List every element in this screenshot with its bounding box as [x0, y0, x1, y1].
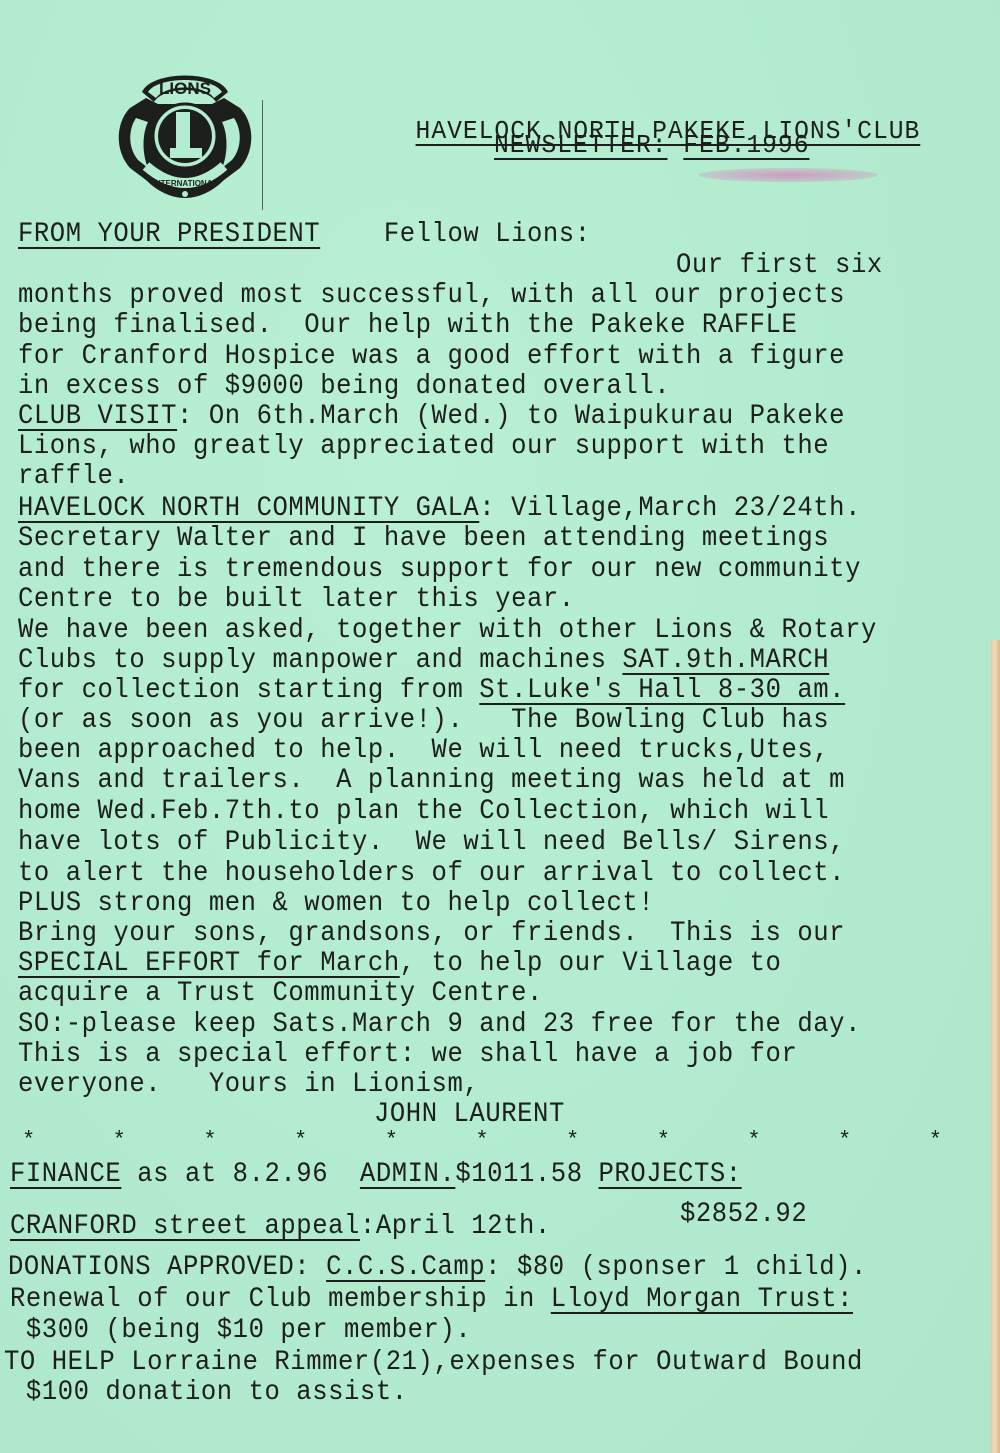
divider-star: * [657, 1128, 670, 1153]
paragraph-line: We have been asked, together with other … [18, 616, 877, 646]
paragraph-line: been approached to help. We will need tr… [18, 736, 829, 766]
camp-label: C.C.S.Camp [326, 1252, 485, 1283]
svg-text:LIONS: LIONS [159, 79, 211, 98]
paragraph-line: and there is tremendous support for our … [18, 555, 861, 585]
paragraph-line: Bring your sons, grandsons, or friends. … [18, 919, 845, 949]
paper-edge [991, 640, 1000, 1453]
lions-logo-icon: LIONS INTERNATIONAL [112, 64, 258, 198]
paragraph-line: to alert the householders of our arrival… [18, 859, 845, 889]
divider-star: * [294, 1128, 307, 1153]
camp-text: : $80 (sponser 1 child). [485, 1252, 867, 1283]
paragraph-line: have lots of Publicity. We will need Bel… [18, 828, 845, 858]
paragraph-line: acquire a Trust Community Centre. [18, 979, 543, 1009]
newsletter-title: NEWSLETTER: FEB.1996 [494, 130, 809, 160]
divider-star: * [747, 1128, 760, 1153]
divider-star: * [113, 1128, 126, 1153]
divider-star: * [475, 1128, 488, 1153]
paragraph-line: (or as soon as you arrive!). The Bowling… [18, 706, 829, 736]
paragraph-line: raffle. [18, 462, 129, 492]
cranford-label: CRANFORD street appeal [10, 1211, 360, 1242]
line-text: Clubs to supply manpower and machines [18, 645, 622, 676]
newsletter-date: FEB.1996 [683, 130, 809, 160]
help-line: TO HELP Lorraine Rimmer(21),expenses for… [4, 1348, 863, 1378]
cranford-date: :April 12th. [360, 1211, 551, 1242]
admin-value: $1011.58 [455, 1159, 598, 1190]
paragraph-line: in excess of $9000 being donated overall… [18, 372, 670, 402]
margin-line [262, 100, 263, 210]
projects-value: $2852.92 [680, 1200, 807, 1230]
finance-row: FINANCE as at 8.2.96 ADMIN.$1011.58 PROJ… [10, 1160, 742, 1190]
renewal-row: Renewal of our Club membership in Lloyd … [10, 1285, 853, 1315]
divider-star: * [203, 1128, 216, 1153]
special-effort-row: SPECIAL EFFORT for March, to help our Vi… [18, 949, 781, 979]
paragraph-line: Centre to be built later this year. [18, 585, 575, 615]
finance-date: as at 8.2.96 [121, 1159, 360, 1190]
club-visit-text: : On 6th.March (Wed.) to Waipukurau Pake… [177, 401, 845, 432]
club-visit-row: CLUB VISIT: On 6th.March (Wed.) to Waipu… [18, 402, 845, 432]
paragraph-line: everyone. Yours in Lionism, [18, 1070, 479, 1100]
paragraph-line: Vans and trailers. A planning meeting wa… [18, 766, 845, 796]
paragraph-line: Our first six [676, 251, 883, 281]
divider-star: * [22, 1128, 35, 1153]
divider-star: * [385, 1128, 398, 1153]
paragraph-line: This is a special effort: we shall have … [18, 1040, 797, 1070]
paragraph-line: Secretary Walter and I have been attendi… [18, 524, 829, 554]
projects-label: PROJECTS: [599, 1159, 742, 1190]
ink-stamp-smudge [698, 168, 878, 182]
paragraph-line: PLUS strong men & women to help collect! [18, 889, 654, 919]
section-heading-president: FROM YOUR PRESIDENT [18, 219, 320, 250]
signature: JOHN LAURENT [374, 1100, 565, 1130]
svg-text:INTERNATIONAL: INTERNATIONAL [153, 179, 218, 188]
finance-label: FINANCE [10, 1159, 121, 1190]
collection-date: SAT.9th.MARCH [622, 645, 829, 676]
gala-text: : Village,March 23/24th. [479, 493, 861, 524]
renewal-amount: $300 (being $10 per member). [10, 1316, 471, 1346]
trust-name: Lloyd Morgan Trust: [551, 1284, 853, 1315]
special-effort-text: , to help our Village to [400, 948, 782, 979]
section-divider: *********** [22, 1128, 942, 1153]
gala-label: HAVELOCK NORTH COMMUNITY GALA [18, 493, 479, 524]
paragraph-line: Clubs to supply manpower and machines SA… [18, 646, 829, 676]
paragraph-line: being finalised. Our help with the Pakek… [18, 311, 797, 341]
donations-label: DONATIONS APPROVED: [8, 1252, 326, 1283]
cranford-row: CRANFORD street appeal:April 12th. [10, 1212, 551, 1242]
renewal-text: Renewal of our Club membership in [10, 1284, 551, 1315]
special-effort-label: SPECIAL EFFORT for March [18, 948, 400, 979]
paragraph-line: for Cranford Hospice was a good effort w… [18, 342, 845, 372]
help-amount: $100 donation to assist. [10, 1378, 408, 1408]
line-text: for collection starting from [18, 675, 479, 706]
donations-row: DONATIONS APPROVED: C.C.S.Camp: $80 (spo… [8, 1253, 867, 1283]
gala-row: HAVELOCK NORTH COMMUNITY GALA: Village,M… [18, 494, 861, 524]
salutation: Fellow Lions: [384, 219, 591, 250]
newsletter-label: NEWSLETTER: [494, 130, 668, 160]
paragraph-line: for collection starting from St.Luke's H… [18, 676, 845, 706]
collection-place: St.Luke's Hall 8-30 am. [479, 675, 845, 706]
president-heading-row: FROM YOUR PRESIDENT Fellow Lions: [18, 220, 591, 250]
paragraph-line: Lions, who greatly appreciated our suppo… [18, 432, 829, 462]
club-visit-label: CLUB VISIT [18, 401, 177, 432]
divider-star: * [566, 1128, 579, 1153]
paragraph-line: SO:-please keep Sats.March 9 and 23 free… [18, 1010, 861, 1040]
paragraph-line: home Wed.Feb.7th.to plan the Collection,… [18, 797, 829, 827]
divider-star: * [929, 1128, 942, 1153]
admin-label: ADMIN. [360, 1159, 455, 1190]
paragraph-line: months proved most successful, with all … [18, 281, 845, 311]
divider-star: * [838, 1128, 851, 1153]
